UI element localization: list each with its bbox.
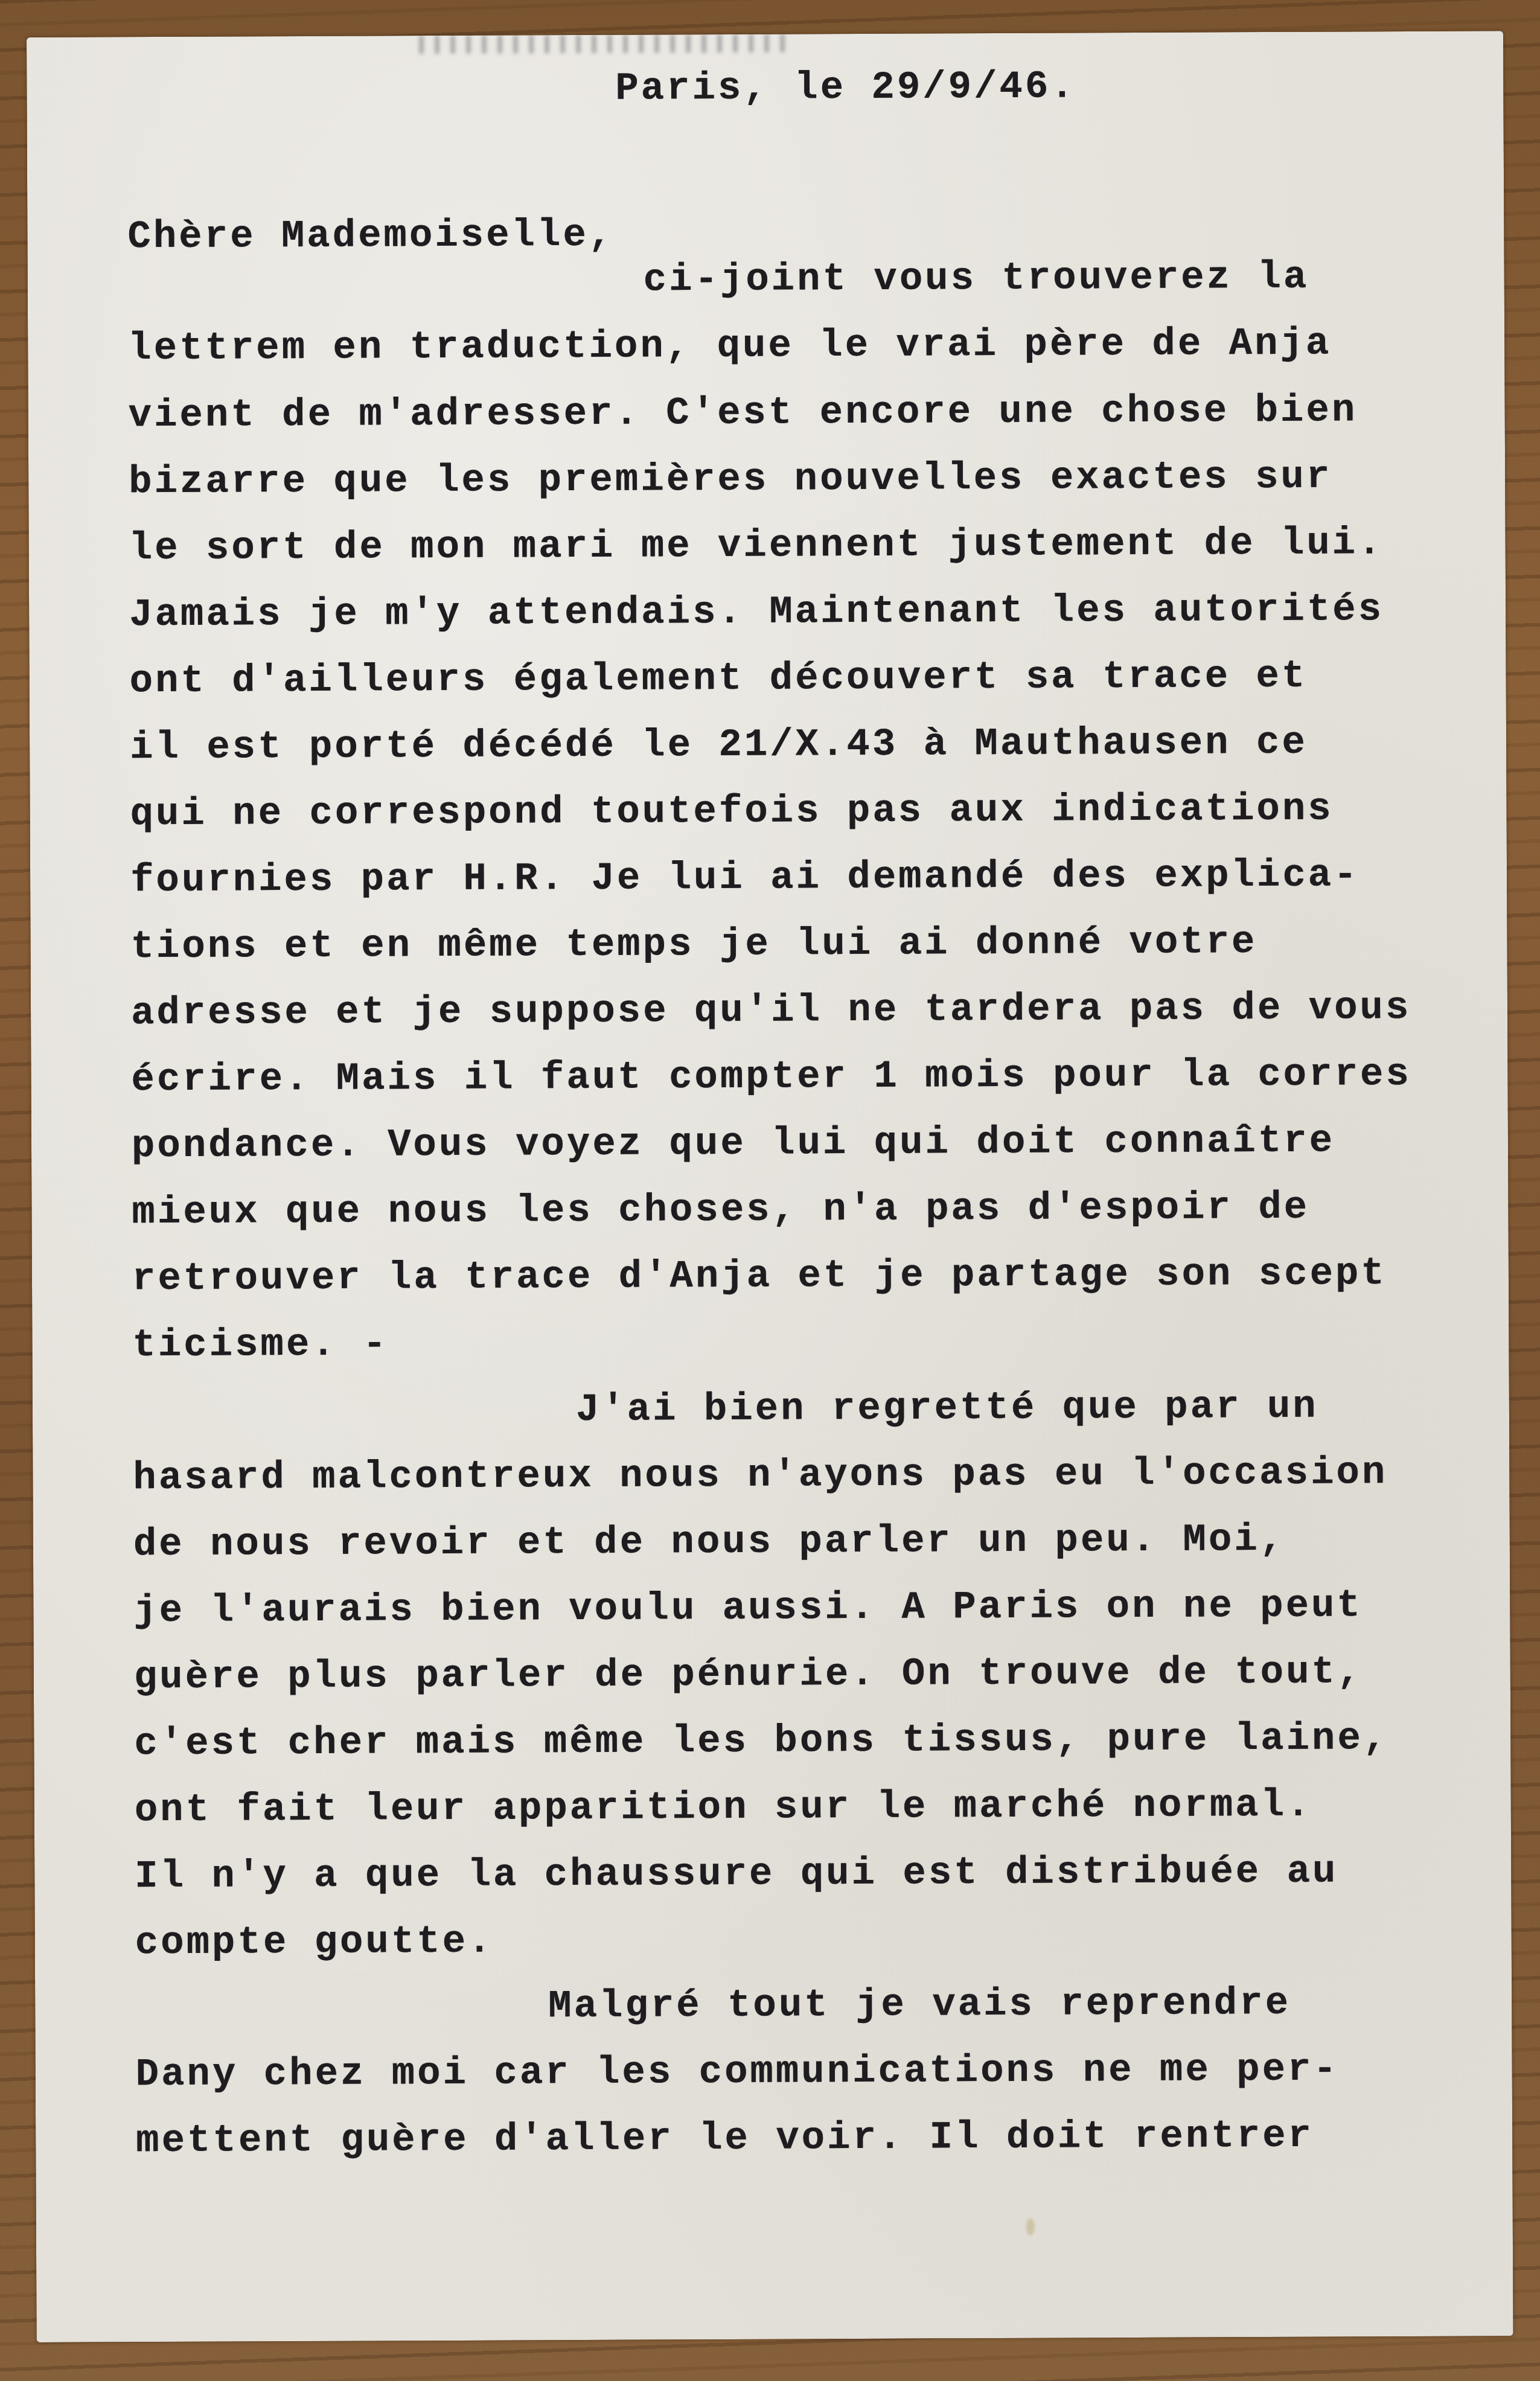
body-line: Jamais je m'y attendais. Maintenant les … — [129, 590, 1384, 634]
letter-page: Paris, le 29/9/46. Chère Mademoiselle, c… — [27, 31, 1513, 2342]
body-line: adresse et je suppose qu'il ne tardera p… — [131, 989, 1411, 1033]
body-line: ont fait leur apparition sur le marché n… — [135, 1786, 1312, 1830]
body-line: Il n'y a que la chaussure qui est distri… — [135, 1853, 1338, 1897]
body-line: mettent guère d'aller le voir. Il doit r… — [136, 2117, 1314, 2161]
paper-stain — [1026, 2219, 1035, 2236]
body-line: lettrem en traduction, que le vrai père … — [128, 325, 1331, 369]
body-line: retrouver la trace d'Anja et je partage … — [132, 1254, 1387, 1299]
body-line: fournies par H.R. Je lui ai demandé des … — [130, 856, 1359, 900]
body-line: ticisme. - — [132, 1325, 388, 1365]
body-line: mieux que nous les choses, n'a pas d'esp… — [132, 1189, 1309, 1233]
body-line: tions et en même temps je lui ai donné v… — [130, 923, 1257, 967]
salutation: Chère Mademoiselle, — [127, 216, 614, 257]
body-line: il est porté décédé le 21/X.43 à Mauthau… — [130, 724, 1308, 768]
body-line: ont d'ailleurs également découvert sa tr… — [130, 657, 1308, 702]
body-line: bizarre que les premières nouvelles exac… — [129, 458, 1332, 502]
place-date: Paris, le 29/9/46. — [615, 68, 1076, 108]
body-line: pondance. Vous voyez que lui qui doit co… — [132, 1122, 1335, 1166]
body-line: de nous revoir et de nous parler un peu.… — [133, 1521, 1286, 1564]
body-line: compte goutte. — [135, 1923, 494, 1963]
body-line: ci-joint vous trouverez la — [644, 258, 1309, 300]
body-line: qui ne correspond toutefois pas aux indi… — [130, 790, 1333, 834]
body-line: écrire. Mais il faut compter 1 mois pour… — [131, 1055, 1411, 1099]
body-line: J'ai bien regretté que par un — [576, 1388, 1318, 1430]
body-line: Malgré tout je vais reprendre — [548, 1984, 1291, 2026]
body-line: Dany chez moi car les communications ne … — [136, 2051, 1339, 2095]
body-line: hasard malcontreux nous n'ayons pas eu l… — [133, 1454, 1387, 1498]
body-line: je l'aurais bien voulu aussi. A Paris on… — [133, 1587, 1363, 1631]
body-line: le sort de mon mari me viennent justemen… — [129, 524, 1384, 568]
body-line: guère plus parler de pénurie. On trouve … — [134, 1653, 1363, 1697]
body-line: vient de m'adresser. C'est encore une ch… — [129, 391, 1358, 435]
body-line: c'est cher mais même les bons tissus, pu… — [134, 1719, 1388, 1763]
ink-bleed-through — [419, 34, 793, 54]
